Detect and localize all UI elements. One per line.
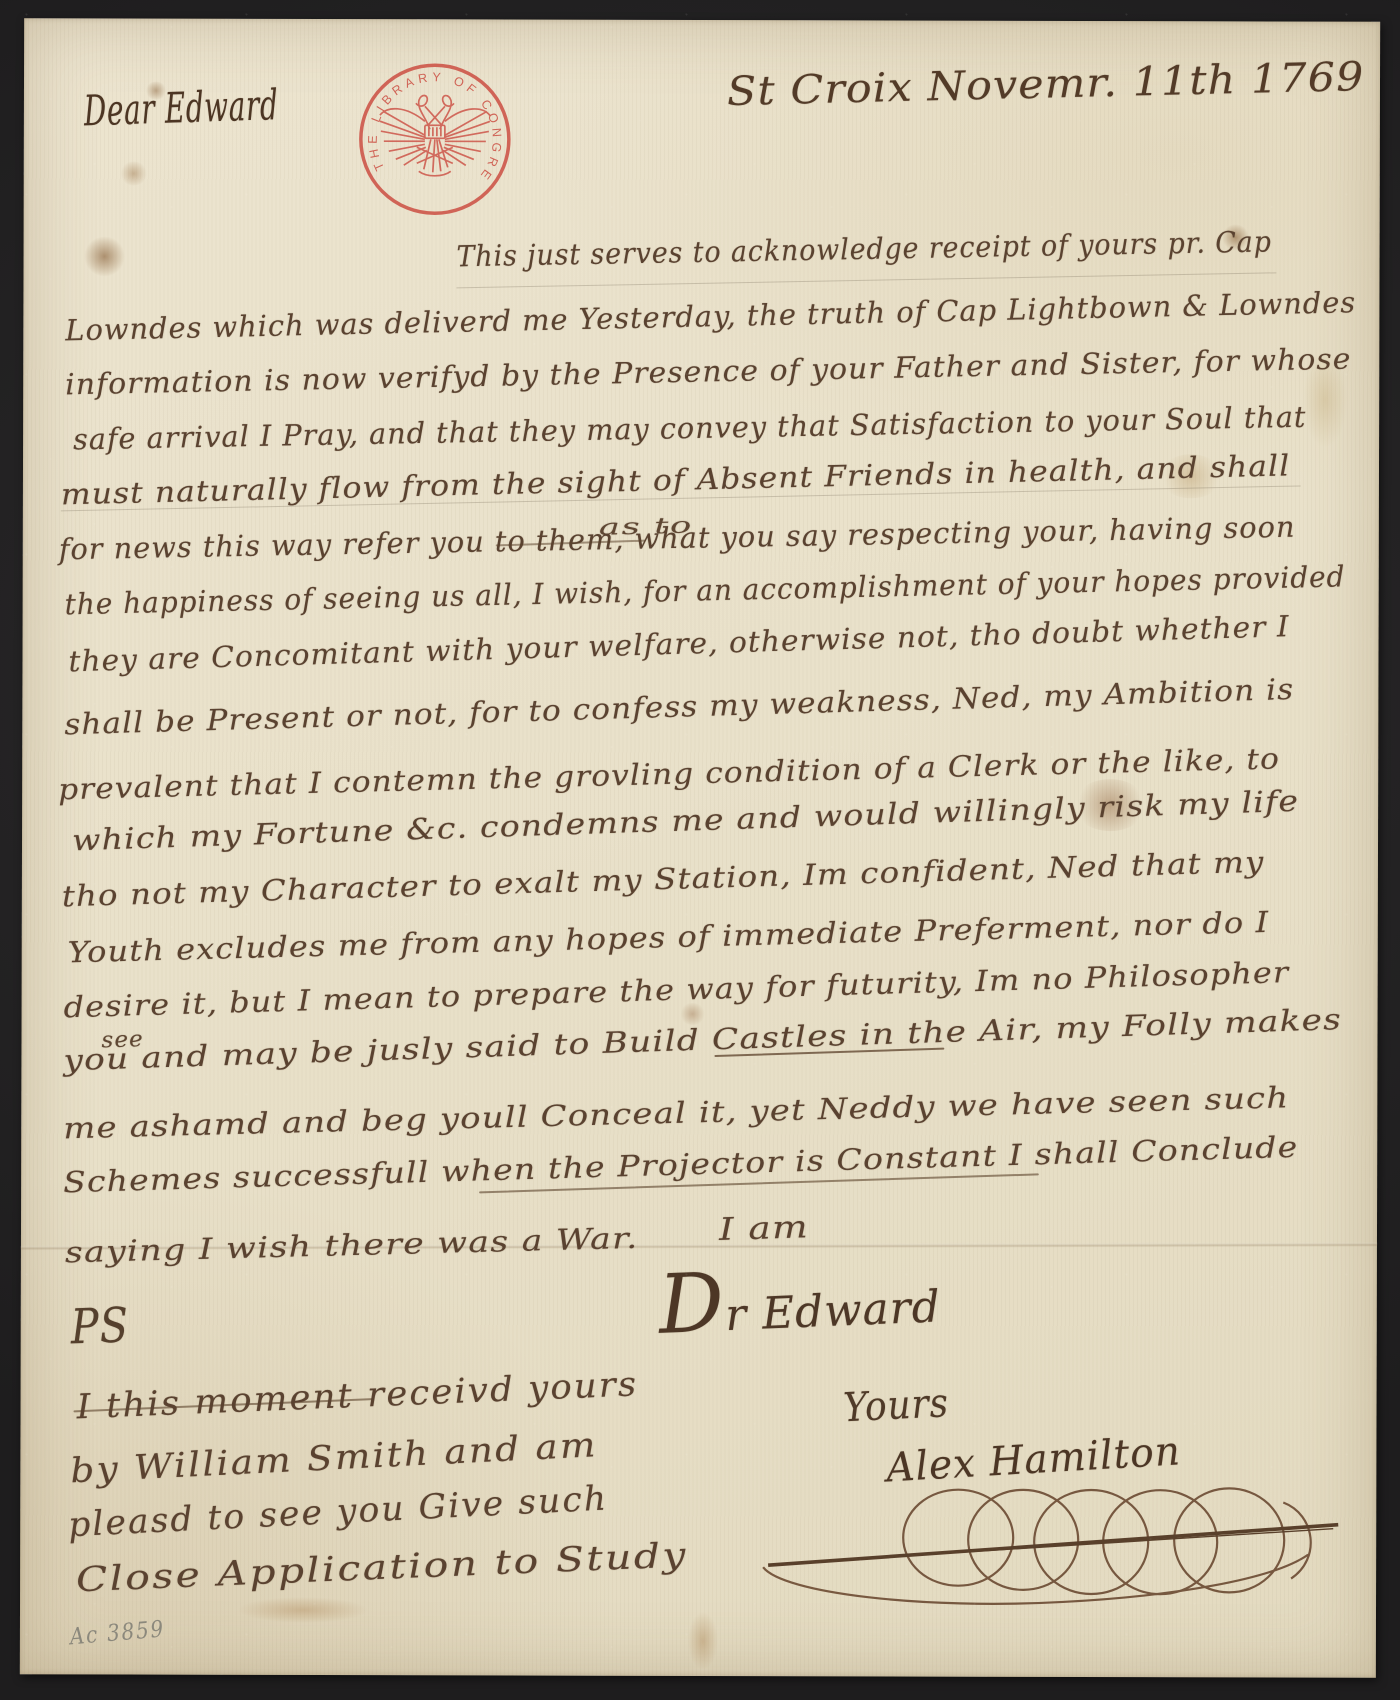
letter-line: Schemes successfull when the Projector i… — [63, 1133, 1299, 1198]
paper-stain — [120, 161, 148, 185]
ruled-guide-line — [456, 272, 1276, 288]
library-of-congress-stamp: THE LIBRARY OF CONGRESS — [355, 59, 515, 219]
paper-stain — [688, 1612, 718, 1670]
catalog-number: Ac 3859 — [69, 1618, 166, 1649]
photographed-letter: THE LIBRARY OF CONGRESS — [0, 0, 1400, 1700]
letter-paper: THE LIBRARY OF CONGRESS — [20, 18, 1380, 1678]
postscript-line: Close Application to Study — [75, 1538, 688, 1597]
signature-flourish — [743, 1475, 1353, 1612]
closing-i-am: I am — [718, 1212, 809, 1246]
dateline: St Croix Novemr. 11th 1769 — [727, 57, 1365, 112]
letter-line: must naturally flow from the sight of Ab… — [61, 451, 1291, 509]
letter-line: saying I wish there was a War. — [65, 1224, 639, 1268]
letter-line: they are Concomitant with your welfare, … — [68, 612, 1290, 676]
closing-address: Dr Edward — [657, 1253, 942, 1346]
letter-line: information is now verifyd by the Presen… — [65, 345, 1352, 400]
double-headed-eagle-icon — [380, 95, 490, 176]
valediction: Yours — [843, 1383, 950, 1428]
postscript-label: PS — [70, 1301, 130, 1351]
letter-line: Youth excludes me from any hopes of imme… — [67, 908, 1269, 967]
paper-stain — [238, 1597, 368, 1623]
letter-line: This just serves to acknowledge receipt … — [456, 227, 1272, 271]
letter-line: tho not my Character to exalt my Station… — [61, 848, 1264, 912]
letter-line: safe arrival I Pray, and that they may c… — [73, 403, 1307, 455]
paper-stain — [83, 236, 125, 276]
postscript-line: I this moment receivd yours — [76, 1367, 639, 1424]
letter-line: for news this way refer you to them, wha… — [59, 513, 1296, 565]
letter-line: the happiness of seeing us all, I wish, … — [64, 562, 1345, 619]
postscript-line: by William Smith and am — [70, 1428, 599, 1488]
letter-line: shall be Present or not, for to confess … — [64, 675, 1295, 739]
letter-line: Lowndes which was deliverd me Yesterday,… — [65, 288, 1356, 345]
postscript-line: pleasd to see you Give such — [67, 1482, 608, 1543]
salutation: Dear Edward — [83, 84, 279, 132]
